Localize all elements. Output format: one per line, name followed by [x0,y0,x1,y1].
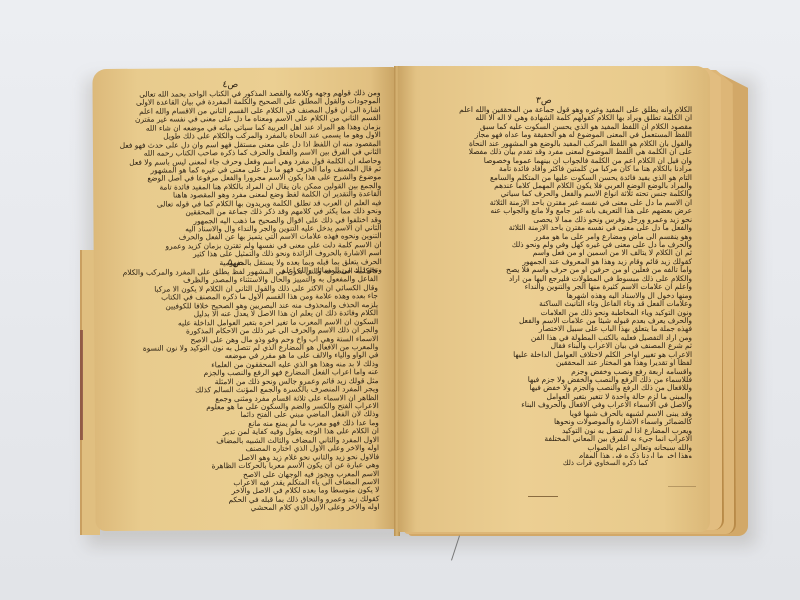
left-page-top-text: ومن ذلك قولهم وجهه وكلامه والقصد المذكور… [113,89,382,277]
left-page-top-header: ص٤ [222,80,238,90]
text-line: واما تالفه من فعلين او من حرفين او من حر… [420,266,692,274]
text-line: ثم شرع المصنف في بيان الاعراب والبناء فق… [420,342,692,350]
text-line: اللفظ المستعمل في المعنى الموضوع له هو ا… [420,131,692,139]
text-line: ونون التوكيد وياء المخاطبة ونحو ذلك من ا… [420,309,692,317]
text-line: لفظا او تقديرا وهذا هو المختار عند المحق… [420,359,692,367]
text-line: الاعراب انما جيء به للفرق بين المعاني ال… [420,435,692,443]
right-page-header: ص٣ [536,96,552,106]
text-line: الاعراب هو تغيير اواخر الكلم لاختلاف الع… [420,351,692,359]
text-line: فللاسماء من ذلك الرفع والنصب والخفض ولا … [420,376,692,384]
text-line: والكلام على ذلك مبسوط في المطولات فليرجع… [420,275,692,283]
right-page-text: الكلام وانه يطلق على المفيد وغيره وهو قو… [420,106,692,458]
right-page-footer: كما ذكره السخاوي قرأت ذلك [508,459,648,468]
text-line: وهو ينقسم الى ماض ومضارع وامر على ما هو … [420,233,692,241]
text-line: وللافعال من ذلك الرفع والنصب والجزم ولا … [420,384,692,392]
text-line: والحرف ما دل على معنى في غيره كهل وفي ول… [420,241,692,249]
text-line: وهذا اخر ما اردنا ذكره في هذا المقام [420,452,692,458]
text-line: اوله والاخر وعلى الاول الذي كلام المحشي [117,503,379,513]
text-line: والمبني ما لزم حالة واحدة لا تتغير بتغير… [420,393,692,401]
text-line: نحو زيد وعمرو ورجل وفرس ونحو ذلك مما لا … [420,216,692,224]
text-line: والحرف يعرف بعدم قبوله شيئا من علامات ال… [420,317,692,325]
text-line: والاصل في الاسماء الاعراب وفي الافعال وا… [420,401,692,409]
photo-scene: ص٤ ومن ذلك قولهم وجهه وكلامه والقصد المذ… [0,0,800,600]
text-line: وعلامات الفعل قد وتاء الفاعل وتاء التاني… [420,300,692,308]
text-line: وان قيل ان الكلام اعم من الكلمة فالجواب … [420,157,692,165]
text-line: ومن اراد التفصيل فعليه بالكتب المطولة في… [420,334,692,342]
text-line: ثم ان الكلام لا يتالف الا من اسمين او من… [420,249,692,257]
text-line: وقد يبنى الاسم لشبهه بالحرف شبها قويا [420,410,692,418]
text-line: التام هو الذي يفيد فائدة يحسن السكوت علي… [420,174,692,182]
text-line: ان الكلمة تطلق ويراد بها الكلام كقولهم ك… [420,114,692,122]
text-line: والقول بان الكلام هو اللفظ المركب المفيد… [420,140,692,148]
text-line: والمراد بالوضع الوضع العربي فلا يكون الك… [420,182,692,190]
text-line: واعلم ان علامات الاسم كثيرة منها الجر وا… [420,283,692,291]
faint-mark [668,486,696,487]
text-line: كقولك زيد قائم وقام زيد وهذا هو المعروف … [420,258,692,266]
left-page: ص٤ ومن ذلك قولهم وجهه وكلامه والقصد المذ… [92,67,397,531]
text-line: مقصود الكلام ان اللفظ المفيد هو الذي يحس… [420,123,692,131]
text-line: ان الاسم ما دل على معنى في نفسه غير مقتر… [420,199,692,207]
text-line: والله سبحانه وتعالى اعلم بالصواب [420,444,692,452]
faint-mark [528,496,558,497]
text-line: فهذه جملة ما يتعلق بهذا الباب على سبيل ا… [420,325,692,333]
text-line: على ان الكلمة هي اللفظ الموضوع لمعنى مفر… [420,148,692,156]
text-line: واقسامه اربعة رفع ونصب وخفض وجزم [420,368,692,376]
text-line: والكلمة جنس تحته ثلاثة انواع الاسم والفع… [420,190,692,198]
text-line: مرادنا بالكلام هنا ما كان مركبا من كلمتي… [420,165,692,173]
left-page-bottom-text: فالكلمة المتصرفة والتي تكون في المشهور ل… [116,267,380,519]
text-line: ويعرب المضارع اذا لم تتصل به نون التوكيد [420,427,692,435]
text-line: الكلام وانه يطلق على المفيد وغيره وهو قو… [420,106,692,114]
left-page-bottom-header: ص٥ [228,258,244,268]
text-line: كالضمائر واسماء الاشارة والموصولات ونحوه… [420,418,692,426]
text-line: ومنها دخول ال والاسناد اليه وهذه اشهرها [420,292,692,300]
text-line: عرض بعضهم على هذا التعريف بانه غير جامع … [420,207,692,215]
text-line: والفعل ما دل على معنى في نفسه مقترن باحد… [420,224,692,232]
right-page: ص٣ الكلام وانه يطلق على المفيد وغيره وهو… [398,66,710,532]
edge-stain [80,330,83,440]
